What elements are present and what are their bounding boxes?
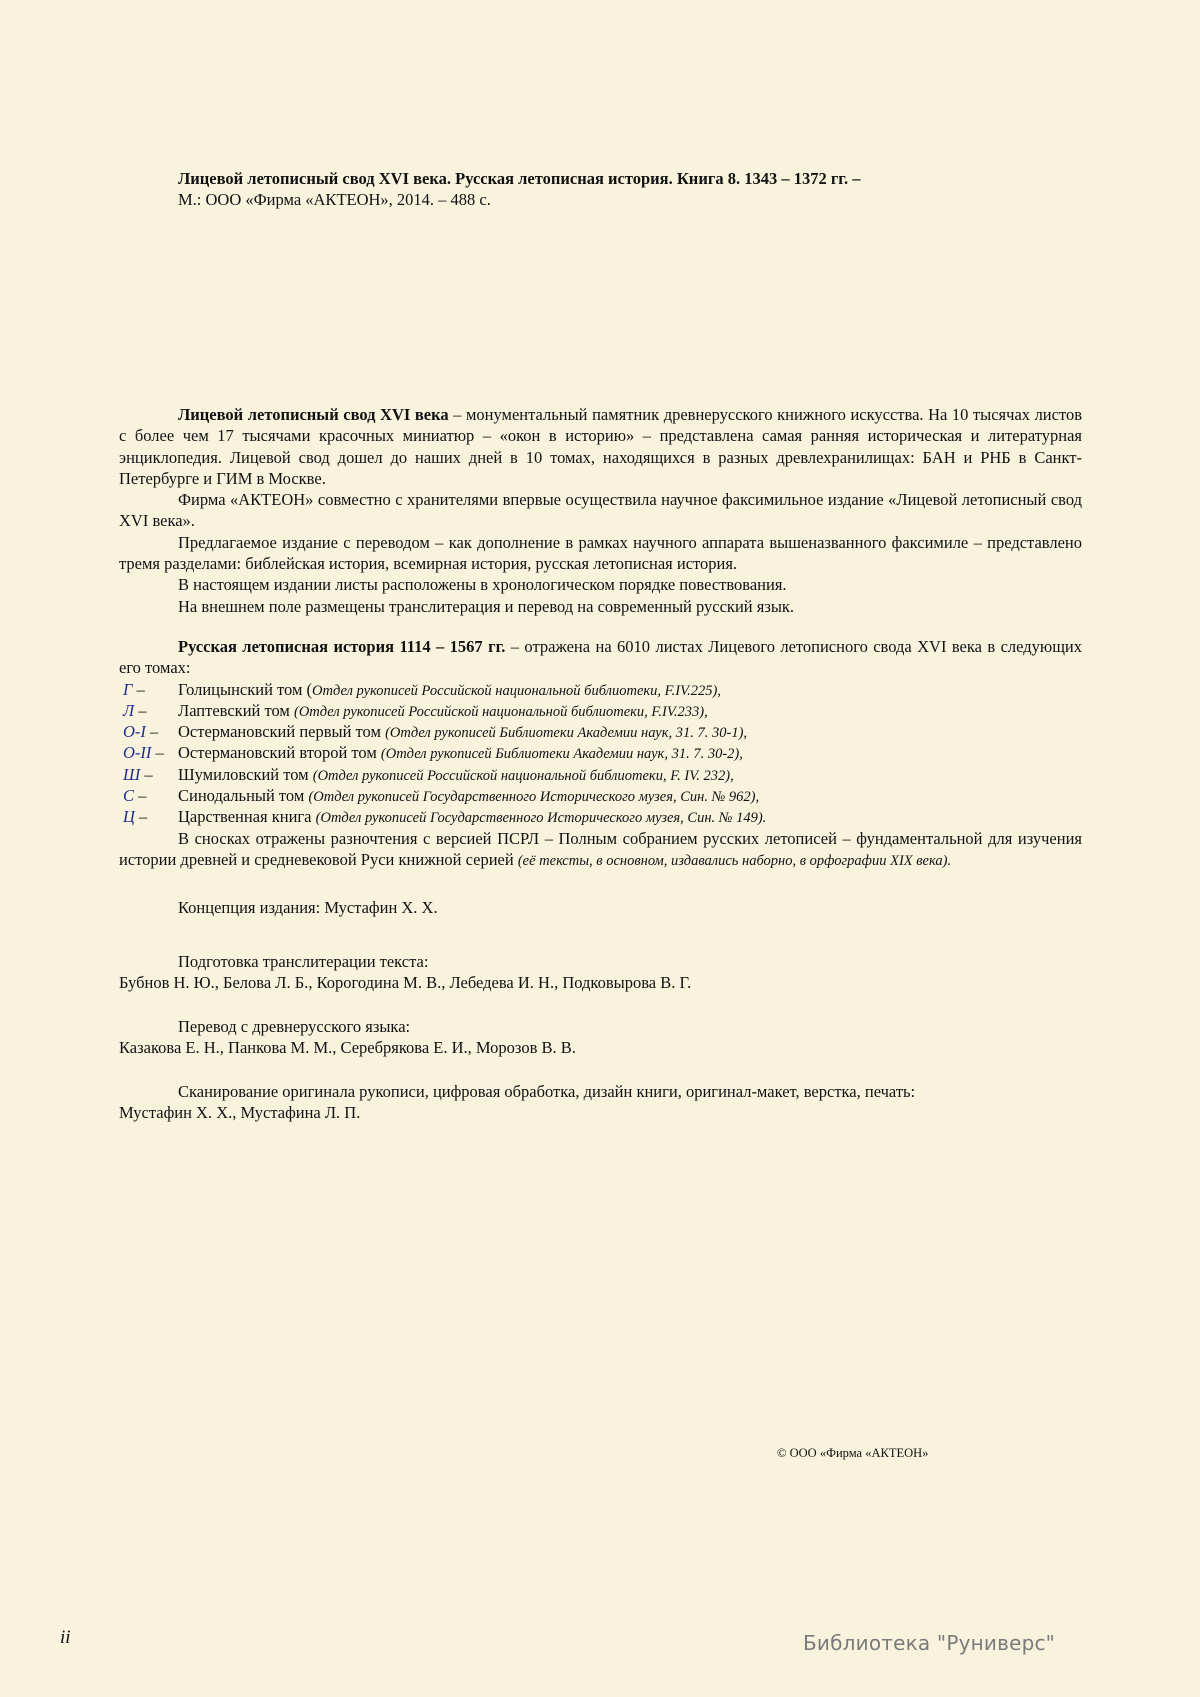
footnote-paragraph: В сносках отражены разночтения с версией… [119, 828, 1082, 873]
abbr-letter: Ц [123, 807, 135, 826]
abbr-dash: – [144, 765, 152, 784]
abbr-dash: – [138, 786, 146, 805]
abbr-letter: С [123, 786, 134, 805]
volume-source: (Отдел рукописей Библиотеки Академии нау… [385, 723, 747, 744]
volume-abbreviation: Ш – [119, 764, 178, 785]
book-title: Лицевой летописный свод XVI века. Русска… [178, 168, 1078, 189]
credit-translation: Перевод с древнерусского языка: Казакова… [119, 1016, 1082, 1059]
credit-production: Сканирование оригинала рукописи, цифрова… [119, 1081, 1082, 1124]
volume-item: Л –Лаптевский том (Отдел рукописей Росси… [119, 700, 1082, 721]
spacer [119, 617, 1082, 636]
volume-abbreviation: О-II – [119, 742, 178, 763]
credit-transliteration: Подготовка транслитерации текста: Бубнов… [119, 951, 1082, 994]
abbr-letter: О-II [123, 743, 151, 762]
volume-item: С –Синодальный том (Отдел рукописей Госу… [119, 785, 1082, 806]
abbr-dash: – [137, 680, 145, 699]
volume-source: (Отдел рукописей Государственного Истори… [316, 808, 767, 829]
credit-concept: Концепция издания: Мустафин Х. Х. [119, 897, 1082, 918]
volume-abbreviation: С – [119, 785, 178, 806]
volume-item: Г –Голицынский том (Отдел рукописей Росс… [119, 679, 1082, 700]
abbr-dash: – [138, 701, 146, 720]
history-bold-lead: Русская летописная история 1114 – 1567 г… [178, 637, 505, 656]
volume-abbreviation: Л – [119, 700, 178, 721]
main-text: Лицевой летописный свод XVI века – монум… [119, 404, 1082, 872]
intro-paragraph-5: На внешнем поле размещены транслитерация… [119, 596, 1082, 617]
production-names: Мустафин Х. Х., Мустафина Л. П. [119, 1102, 1082, 1123]
volume-abbreviation: О-I – [119, 721, 178, 742]
abbr-dash: – [156, 743, 164, 762]
abbr-letter: Ш [123, 765, 140, 784]
intro-bold-lead: Лицевой летописный свод XVI века [178, 405, 449, 424]
volume-name: Лаптевский том [178, 700, 294, 721]
volume-abbreviation: Г – [119, 679, 178, 700]
abbr-dash: – [139, 807, 147, 826]
history-lead-paragraph: Русская летописная история 1114 – 1567 г… [119, 636, 1082, 679]
intro-paragraph-3: Предлагаемое издание с переводом – как д… [119, 532, 1082, 575]
volume-source: (Отдел рукописей Библиотеки Академии нау… [381, 744, 743, 765]
volume-item: О-I –Остермановский первый том (Отдел ру… [119, 721, 1082, 742]
volume-item: Ц –Царственная книга (Отдел рукописей Го… [119, 806, 1082, 827]
copyright-notice: © ООО «Фирма «АКТЕОН» [777, 1446, 928, 1461]
volume-name: Шумиловский том [178, 764, 313, 785]
volume-name: Голицынский том ( [178, 679, 312, 700]
transliteration-names: Бубнов Н. Ю., Белова Л. Б., Корогодина М… [119, 972, 1082, 993]
transliteration-label: Подготовка транслитерации текста: [119, 951, 1082, 972]
volume-source: (Отдел рукописей Государственного Истори… [308, 787, 759, 808]
document-page: Лицевой летописный свод XVI века. Русска… [0, 0, 1200, 1697]
concept-line: Концепция издания: Мустафин Х. Х. [119, 897, 1082, 918]
translation-names: Казакова Е. Н., Панкова М. М., Серебряко… [119, 1037, 1082, 1058]
abbr-letter: Л [123, 701, 134, 720]
volume-abbreviation: Ц – [119, 806, 178, 827]
abbr-letter: Г [123, 680, 132, 699]
bibliographic-header: Лицевой летописный свод XVI века. Русска… [178, 168, 1078, 210]
intro-paragraph-1: Лицевой летописный свод XVI века – монум… [119, 404, 1082, 489]
volume-name: Остермановский второй том [178, 742, 381, 763]
volume-item: Ш –Шумиловский том (Отдел рукописей Росс… [119, 764, 1082, 785]
intro-paragraph-2: Фирма «АКТЕОН» совместно с хранителями в… [119, 489, 1082, 532]
page-number: ii [60, 1627, 71, 1649]
volume-item: О-II –Остермановский второй том (Отдел р… [119, 742, 1082, 763]
volume-list: Г –Голицынский том (Отдел рукописей Росс… [119, 679, 1082, 828]
production-label: Сканирование оригинала рукописи, цифрова… [119, 1081, 1082, 1102]
volume-source: Отдел рукописей Российской национальной … [312, 681, 721, 702]
volume-name: Синодальный том [178, 785, 308, 806]
abbr-letter: О-I [123, 722, 146, 741]
translation-label: Перевод с древнерусского языка: [119, 1016, 1082, 1037]
book-imprint: М.: ООО «Фирма «АКТЕОН», 2014. – 488 с. [178, 189, 1078, 210]
footnote-italic: (её тексты, в основном, издавались набор… [518, 853, 951, 869]
volume-source: (Отдел рукописей Российской национальной… [294, 702, 708, 723]
abbr-dash: – [150, 722, 158, 741]
intro-paragraph-4: В настоящем издании листы расположены в … [119, 574, 1082, 595]
volume-name: Царственная книга [178, 806, 316, 827]
library-watermark: Библиотека "Руниверс" [803, 1631, 1055, 1655]
volume-source: (Отдел рукописей Российской национальной… [313, 766, 734, 787]
volume-name: Остермановский первый том [178, 721, 385, 742]
